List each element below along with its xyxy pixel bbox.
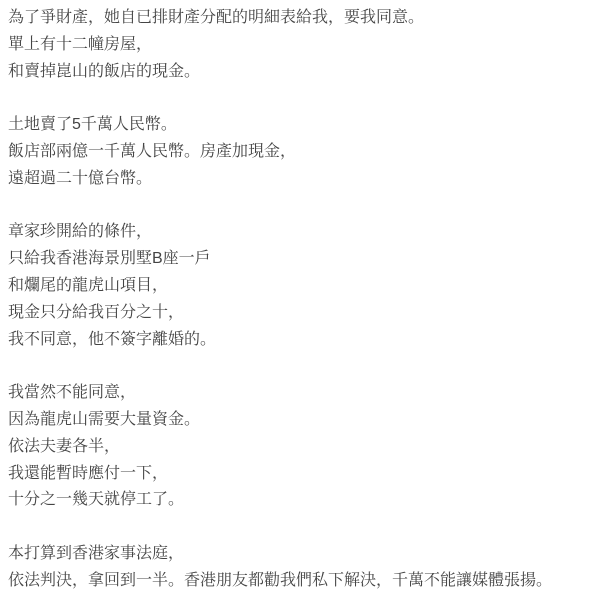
text-line: 章家珍開給的條件， — [8, 219, 590, 246]
text-line: 依法夫妻各半， — [8, 434, 590, 461]
paragraph: 我當然不能同意， 因為龍虎山需要大量資金。 依法夫妻各半， 我還能暫時應付一下，… — [8, 380, 590, 514]
text-line: 我不同意，他不簽字離婚的。 — [8, 327, 590, 354]
text-line: 為了爭財產，她自已排財產分配的明細表給我，要我同意。 — [8, 5, 590, 32]
text-line: 依法判決，拿回到一半。香港朋友都勸我們私下解決，千萬不能讓媒體張揚。 — [8, 568, 590, 595]
paragraph: 土地賣了5千萬人民幣。 飯店部兩億一千萬人民幣。房產加現金， 遠超過二十億台幣。 — [8, 112, 590, 192]
text-line: 只給我香港海景別墅B座一戶 — [8, 246, 590, 273]
text-line: 本打算到香港家事法庭， — [8, 541, 590, 568]
paragraph: 本打算到香港家事法庭， 依法判決，拿回到一半。香港朋友都勸我們私下解決，千萬不能… — [8, 541, 590, 595]
text-line: 因為龍虎山需要大量資金。 — [8, 407, 590, 434]
text-line: 飯店部兩億一千萬人民幣。房產加現金， — [8, 139, 590, 166]
text-line: 單上有十二幢房屋， — [8, 32, 590, 59]
text-line: 遠超過二十億台幣。 — [8, 166, 590, 193]
paragraph: 章家珍開給的條件， 只給我香港海景別墅B座一戶 和爛尾的龍虎山項目， 現金只分給… — [8, 219, 590, 353]
text-line: 十分之一幾天就停工了。 — [8, 487, 590, 514]
text-line: 土地賣了5千萬人民幣。 — [8, 112, 590, 139]
text-line: 和賣掉崑山的飯店的現金。 — [8, 59, 590, 86]
text-line: 我還能暫時應付一下， — [8, 461, 590, 488]
paragraph: 為了爭財產，她自已排財產分配的明細表給我，要我同意。 單上有十二幢房屋， 和賣掉… — [8, 5, 590, 85]
text-line: 和爛尾的龍虎山項目， — [8, 273, 590, 300]
text-line: 現金只分給我百分之十， — [8, 300, 590, 327]
text-line: 我當然不能同意， — [8, 380, 590, 407]
document-body: 為了爭財產，她自已排財產分配的明細表給我，要我同意。 單上有十二幢房屋， 和賣掉… — [8, 5, 590, 595]
